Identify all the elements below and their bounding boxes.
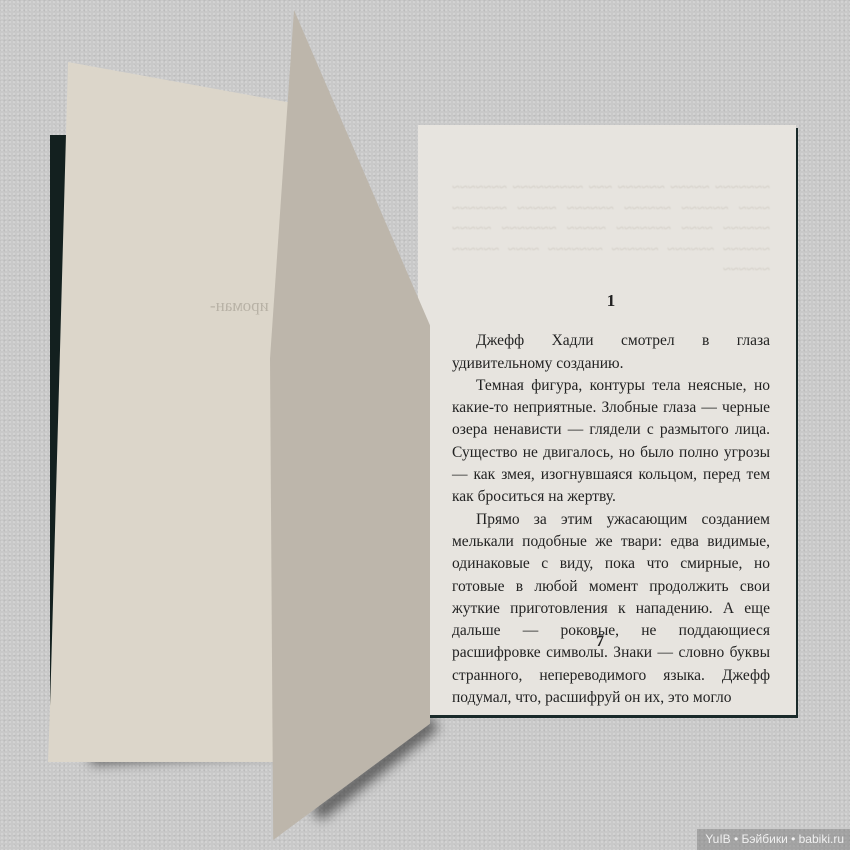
chapter-number: 1 [452,290,770,312]
paragraph-2: Темная фигура, контуры тела неясные, но … [452,375,770,509]
bleed-through-lines: ~~~~~~~ ~~~~~ ~~~~~~ ~~~ ~~~~~~~~~ ~~~~~… [452,178,770,281]
paragraph-1: Джефф Хадли смотрел в глаза удивительном… [452,330,770,375]
page-number: 7 [580,633,620,651]
turning-page [270,10,430,840]
watermark: YuIB • Бэйбики • babiki.ru [697,829,850,850]
left-page [48,62,298,762]
paragraph-3: Прямо за этим ужасающим созданием мелька… [452,509,770,710]
left-page-bleed-text: ироман- [210,296,269,316]
